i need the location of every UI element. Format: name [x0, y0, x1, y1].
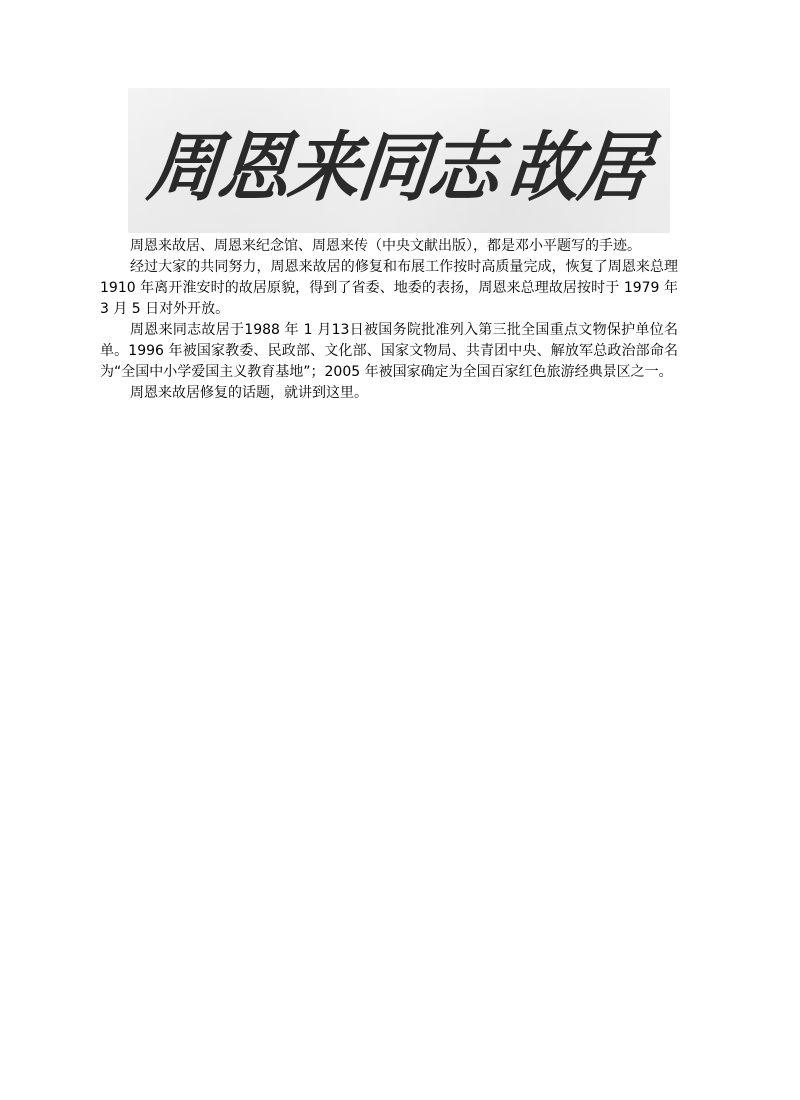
calligraphy-char: 居 [573, 106, 654, 215]
paragraph-restoration: 经过大家的共同努力，周恩来故居的修复和布展工作按时高质量完成，恢复了周恩来总理 … [100, 257, 678, 320]
calligraphy-inscription-image: 周 恩 来 同 志 故 居 [128, 88, 670, 233]
paragraph-inscriptions: 周恩来故居、周恩来纪念馆、周恩来传（中央文献出版），都是邓小平题写的手迹。 [100, 236, 678, 257]
calligraphy-char: 同 [353, 106, 434, 215]
calligraphy-char: 故 [503, 106, 584, 215]
paragraph-closing: 周恩来故居修复的话题，就讲到这里。 [100, 383, 678, 404]
document-page: 周 恩 来 同 志 故 居 周恩来故居、周恩来纪念馆、周恩来传（中央文献出版），… [0, 0, 800, 1100]
paragraph-protection-status: 周恩来同志故居于1988 年 1 月13日被国务院批准列入第三批全国重点文物保护… [100, 320, 678, 383]
calligraphy-char: 周 [143, 106, 224, 215]
calligraphy-text: 周 恩 来 同 志 故 居 [143, 106, 654, 215]
document-body: 周恩来故居、周恩来纪念馆、周恩来传（中央文献出版），都是邓小平题写的手迹。 经过… [100, 236, 678, 404]
calligraphy-char: 来 [283, 106, 364, 215]
calligraphy-char: 志 [423, 106, 504, 215]
calligraphy-char: 恩 [213, 106, 294, 215]
